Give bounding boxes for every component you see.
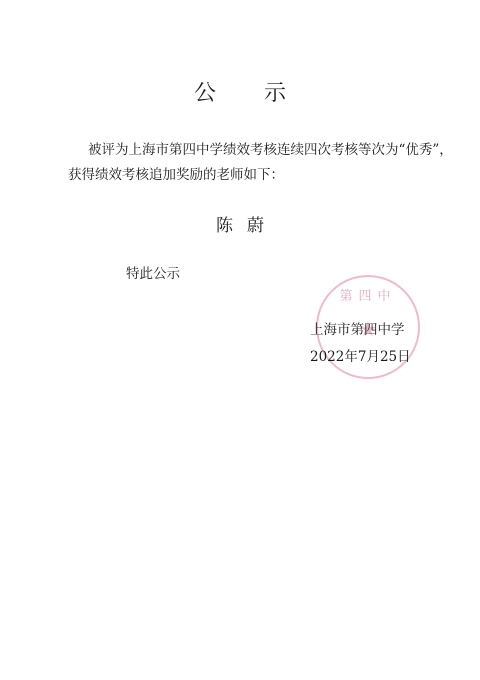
document-title: 公示 xyxy=(0,76,480,107)
name-char: 蔚 xyxy=(247,211,264,236)
name-char: 陈 xyxy=(216,211,233,236)
announcement-paragraph-line-1: 被评为上海市第四中学绩效考核连续四次考核等次为“优秀”， xyxy=(88,138,453,158)
stamp-text: 第四中 xyxy=(318,285,418,304)
title-char: 示 xyxy=(264,76,286,107)
title-char: 公 xyxy=(194,76,216,107)
awardee-name: 陈蔚 xyxy=(0,211,480,236)
issuing-organization: 上海市第四中学 xyxy=(310,318,405,338)
issue-date: 2022年7月25日 xyxy=(310,345,411,365)
announcement-paragraph-line-2: 获得绩效考核追加奖励的老师如下： xyxy=(68,163,284,183)
closing-remark: 特此公示 xyxy=(126,262,180,282)
